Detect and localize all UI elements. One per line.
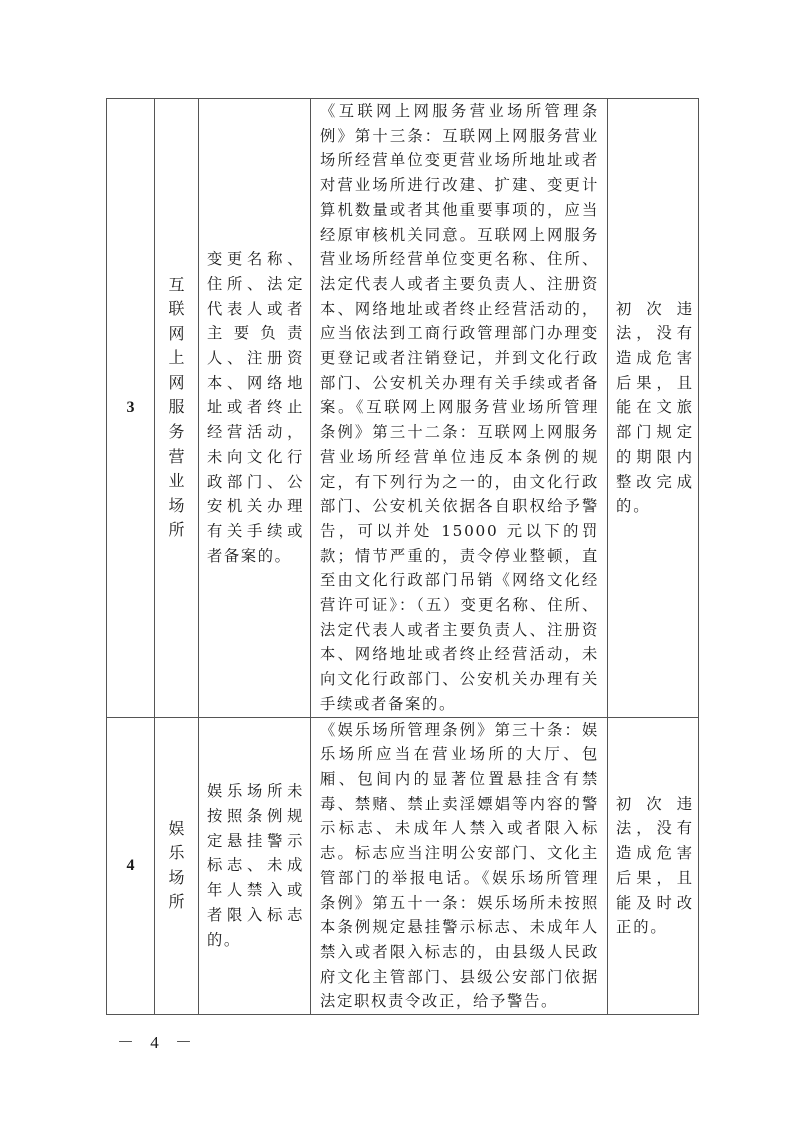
condition-text: 初次违法，没有造成危害后果，且能及时改正的。: [608, 792, 698, 940]
category-cell: 互联网上网服务营业场所: [155, 99, 199, 718]
violation-cell: 变更名称、住所、法定代表人或者主要负责人、注册资本、网络地址或者终止经营活动，未…: [199, 99, 311, 718]
table-row: 3 互联网上网服务营业场所 变更名称、住所、法定代表人或者主要负责人、注册资本、…: [107, 99, 699, 718]
condition-cell: 初次违法，没有造成危害后果，且能及时改正的。: [608, 717, 699, 1014]
category-cell: 娱乐场所: [155, 717, 199, 1014]
penalty-exemption-table: 3 互联网上网服务营业场所 变更名称、住所、法定代表人或者主要负责人、注册资本、…: [106, 98, 699, 1015]
violation-cell: 娱乐场所未按照条例规定悬挂警示标志、未成年人禁入或者限入标志的。: [199, 717, 311, 1014]
page-number: － 4 －: [117, 1028, 198, 1053]
condition-text: 初次违法，没有造成危害后果，且能在文旅部门规定的期限内整改完成的。: [608, 297, 698, 519]
legal-basis-cell: 《娱乐场所管理条例》第三十条：娱乐场所应当在营业场所的大厅、包厢、包间内的显著位…: [311, 717, 608, 1014]
legal-basis-cell: 《互联网上网服务营业场所管理条例》第十三条：互联网上网服务营业场所经营单位变更营…: [311, 99, 608, 718]
row-number-cell: 4: [107, 717, 155, 1014]
row-number: 3: [107, 399, 154, 417]
category-label: 娱乐场所: [169, 817, 185, 915]
row-number-cell: 3: [107, 99, 155, 718]
row-number: 4: [107, 857, 154, 875]
legal-basis-text: 《娱乐场所管理条例》第三十条：娱乐场所应当在营业场所的大厅、包厢、包间内的显著位…: [311, 718, 607, 1014]
category-label: 互联网上网服务营业场所: [169, 273, 185, 544]
violation-text: 变更名称、住所、法定代表人或者主要负责人、注册资本、网络地址或者终止经营活动，未…: [199, 247, 310, 568]
violation-text: 娱乐场所未按照条例规定悬挂警示标志、未成年人禁入或者限入标志的。: [199, 779, 310, 952]
table-row: 4 娱乐场所 娱乐场所未按照条例规定悬挂警示标志、未成年人禁入或者限入标志的。 …: [107, 717, 699, 1014]
legal-basis-text: 《互联网上网服务营业场所管理条例》第十三条：互联网上网服务营业场所经营单位变更营…: [311, 99, 607, 717]
condition-cell: 初次违法，没有造成危害后果，且能在文旅部门规定的期限内整改完成的。: [608, 99, 699, 718]
